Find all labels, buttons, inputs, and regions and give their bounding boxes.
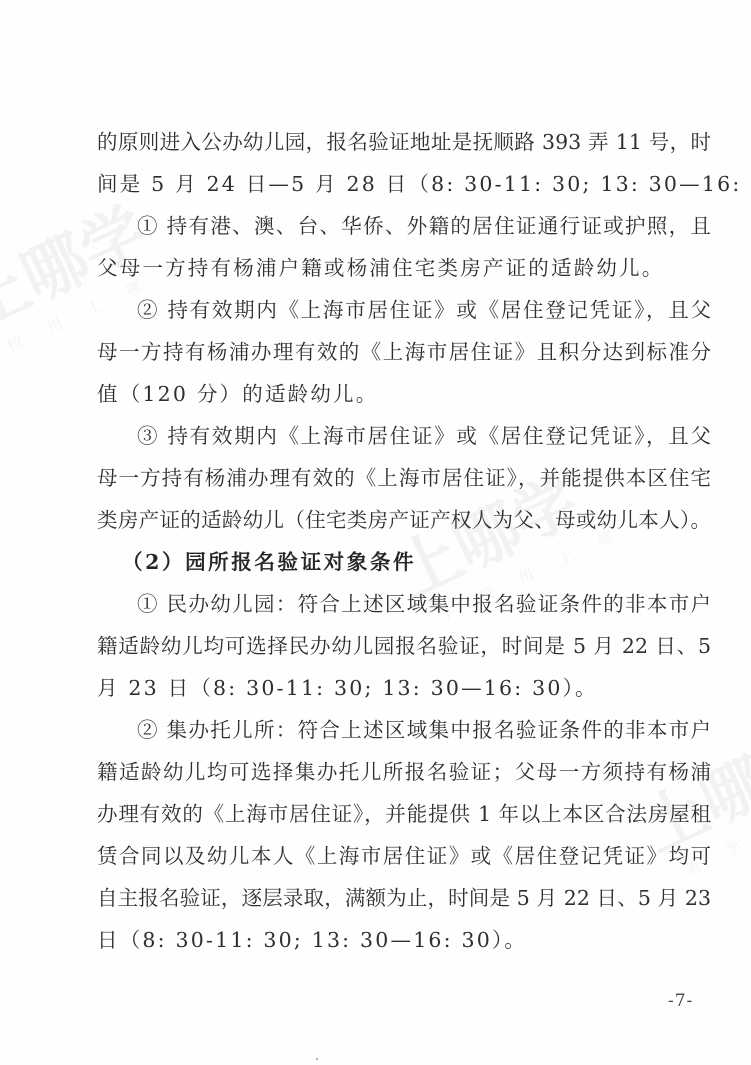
text-line: 日（8: 30-11: 30; 13: 30—16: 30）。 [97, 926, 711, 954]
text-line: 母一方持有杨浦办理有效的《上海市居住证》，并能提供本区住宅 [97, 464, 711, 492]
list-item-text: ② 集办托儿所：符合上述区域集中报名验证条件的非本市户 [137, 716, 711, 744]
section-heading: （2）园所报名验证对象条件 [122, 548, 696, 576]
list-item-text: ① 持有港、澳、台、华侨、外籍的居住证通行证或护照，且 [137, 212, 711, 240]
text-line: 籍适龄幼儿均可选择集办托儿所报名验证；父母一方须持有杨浦 [97, 758, 711, 786]
text-line: 类房产证的适龄幼儿（住宅类房产证产权人为父、母或幼儿本人）。 [97, 506, 711, 534]
document-page: 上哪学 校 用 上 哪 学 上哪学 学 校 用 上 哪 学 上哪学 查 学 校 … [0, 0, 751, 1065]
text-line: 母一方持有杨浦办理有效的《上海市居住证》且积分达到标准分 [97, 338, 711, 366]
text-line: 间是 5 月 24 日—5 月 28 日（8: 30-11: 30; 13: 3… [97, 170, 711, 198]
list-item-text: ② 持有效期内《上海市居住证》或《居住登记凭证》，且父 [137, 296, 711, 324]
text-line: 自主报名验证，逐层录取，满额为止，时间是 5 月 22 日、5 月 23 [97, 884, 711, 912]
text-line: 的原则进入公办幼儿园，报名验证地址是抚顺路 393 弄 11 号，时 [97, 128, 711, 156]
scan-speck [316, 1058, 318, 1060]
text-line: 父母一方持有杨浦户籍或杨浦住宅类房产证的适龄幼儿。 [97, 254, 711, 282]
text-line: 月 23 日（8: 30-11: 30; 13: 30—16: 30）。 [97, 674, 711, 702]
text-line: 籍适龄幼儿均可选择民办幼儿园报名验证，时间是 5 月 22 日、5 [97, 632, 711, 660]
text-line: 办理有效的《上海市居住证》，并能提供 1 年以上本区合法房屋租 [97, 800, 711, 828]
list-item-text: ① 民办幼儿园：符合上述区域集中报名验证条件的非本市户 [137, 590, 711, 618]
list-item-text: ③ 持有效期内《上海市居住证》或《居住登记凭证》，且父 [137, 422, 711, 450]
text-line: 值（120 分）的适龄幼儿。 [97, 380, 711, 408]
text-line: 赁合同以及幼儿本人《上海市居住证》或《居住登记凭证》均可 [97, 842, 711, 870]
page-number: -7- [668, 991, 693, 1011]
